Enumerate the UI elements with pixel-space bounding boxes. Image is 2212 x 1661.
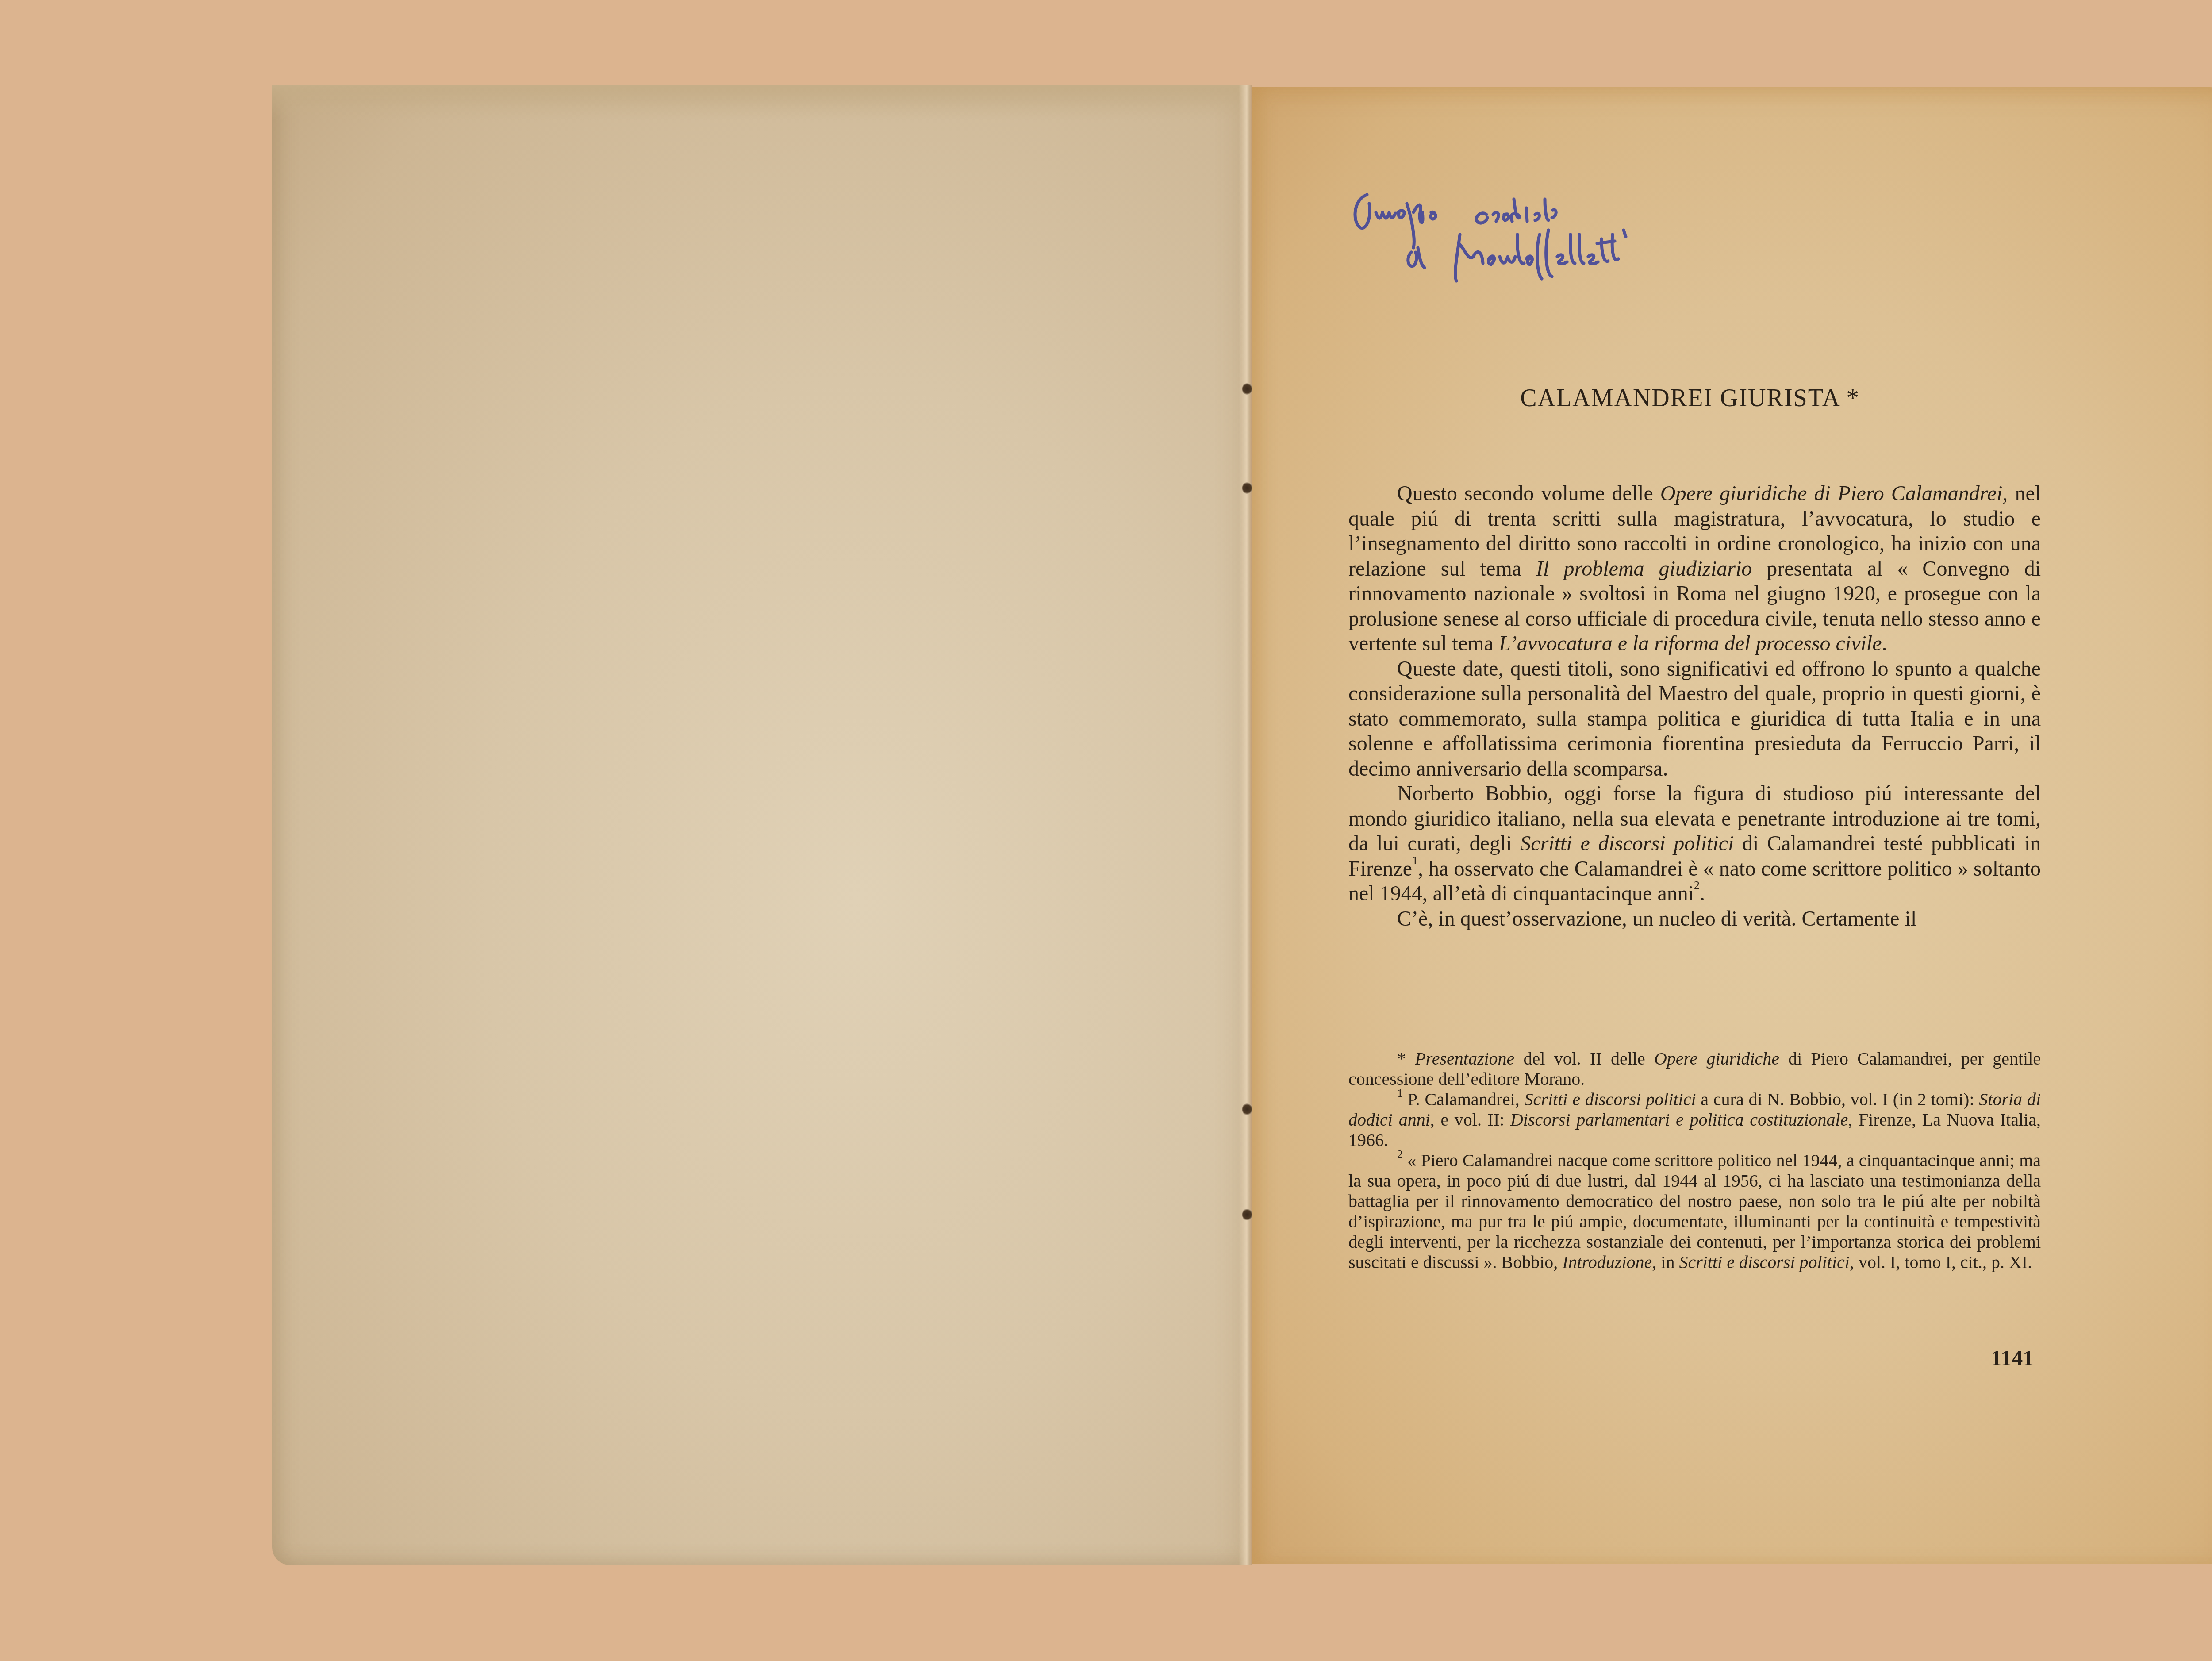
binding-stitch [1242, 482, 1252, 494]
footnotes: * Presentazione del vol. II delle Opere … [1348, 1049, 2041, 1273]
body-paragraph: Norberto Bobbio, oggi forse la figura di… [1348, 781, 2041, 907]
handwritten-inscription: Omaggio cordiale di Mauro Cappelletti [1340, 186, 1783, 296]
binding-stitch [1242, 383, 1252, 395]
body-paragraph: Queste date, questi titoli, sono signifi… [1348, 657, 2041, 782]
body-text: Questo secondo volume delle Opere giurid… [1348, 481, 2041, 931]
chapter-title: CALAMANDREI GIURISTA * [1469, 384, 1911, 412]
body-paragraph: C’è, in quest’osservazione, un nucleo di… [1348, 907, 2041, 932]
left-page-blank [272, 85, 1250, 1565]
binding-stitch [1242, 1209, 1252, 1220]
page-number: 1141 [1991, 1345, 2034, 1371]
footnote: 2 « Piero Calamandrei nacque come scritt… [1348, 1150, 2041, 1273]
footnote: 1 P. Calamandrei, Scritti e discorsi pol… [1348, 1089, 2041, 1150]
binding-stitch [1242, 1103, 1252, 1115]
footnote: * Presentazione del vol. II delle Opere … [1348, 1049, 2041, 1089]
book-spine [1239, 85, 1252, 1565]
signature-scribble-icon [1340, 186, 1783, 296]
body-paragraph: Questo secondo volume delle Opere giurid… [1348, 481, 2041, 657]
